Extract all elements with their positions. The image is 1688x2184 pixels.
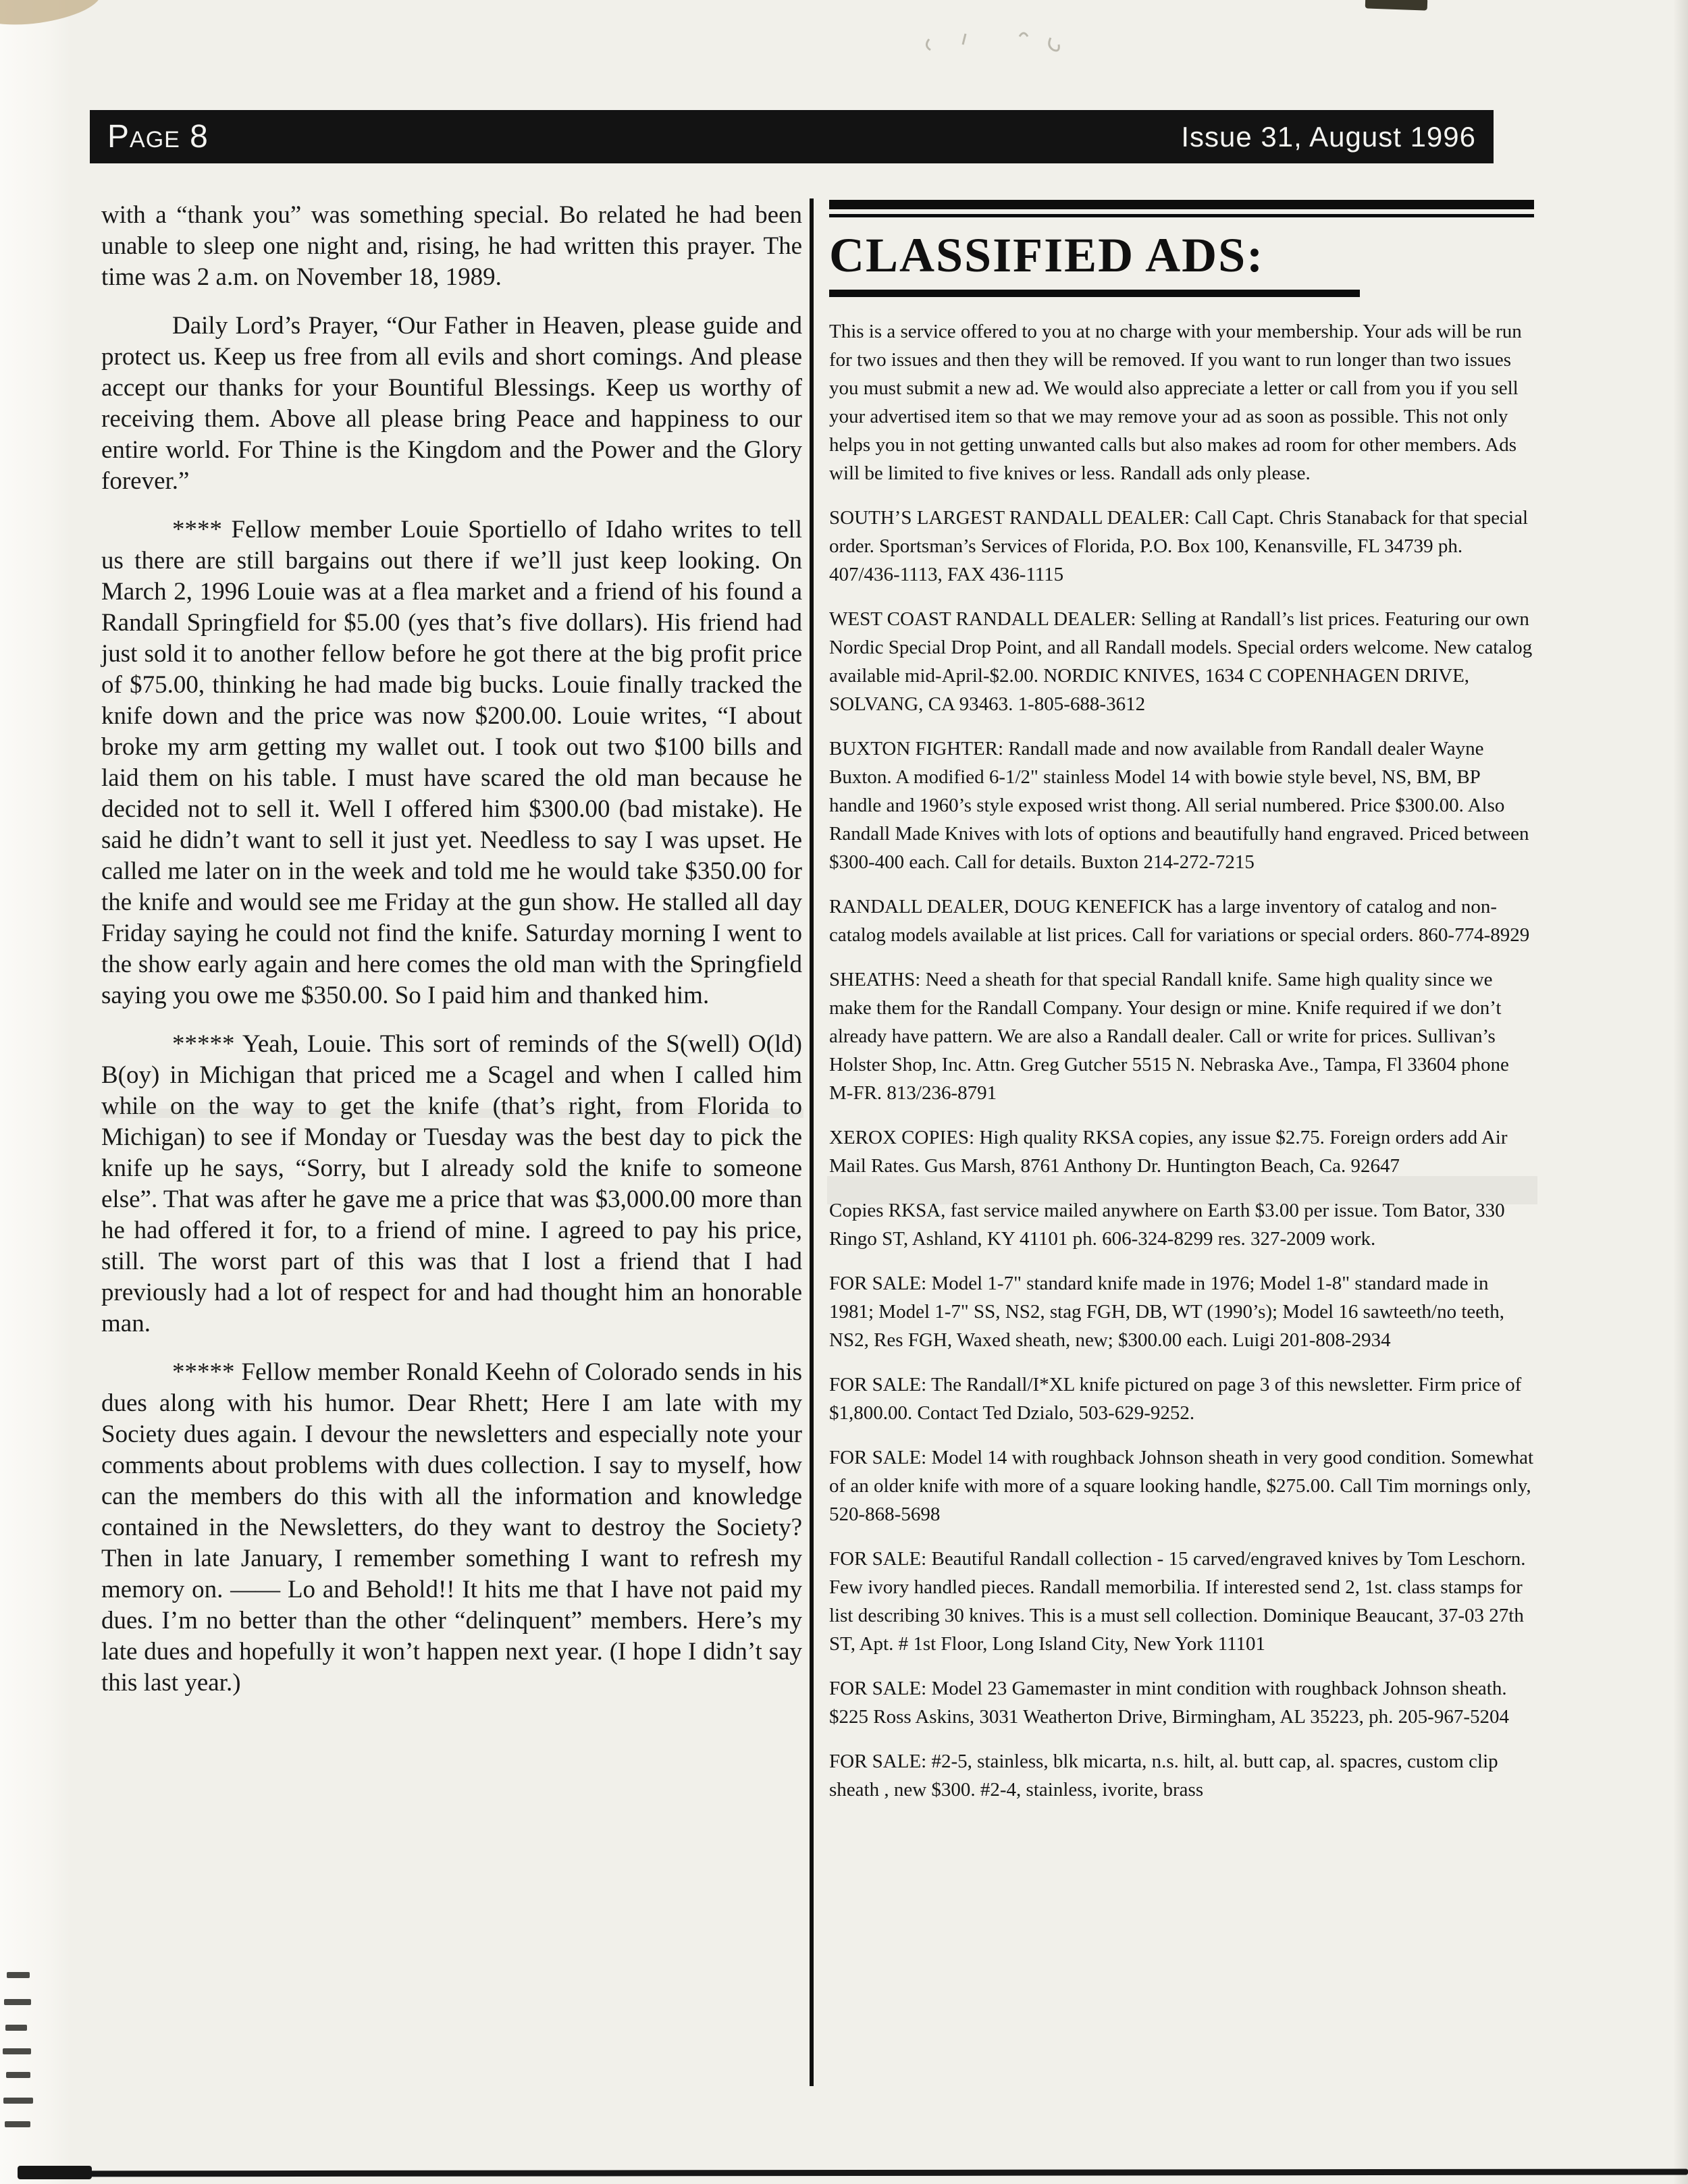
scanned-newsletter-page: { "colors": { "header_bar": "#131313", "… [0,0,1688,2184]
page-number-label: Page 8 [107,118,209,155]
bottom-page-rule [19,2168,1688,2177]
ads-intro-paragraph: This is a service offered to you at no c… [829,317,1534,487]
double-rule-thin [829,214,1534,217]
edge-mark [5,2121,30,2127]
scan-topright-artifact [1365,0,1428,11]
classified-ad: Copies RKSA, fast service mailed anywher… [829,1196,1534,1253]
edge-mark [3,2048,31,2054]
issue-date-label: Issue 31, August 1996 [1181,121,1476,153]
classified-ad: FOR SALE: Model 23 Gamemaster in mint co… [829,1674,1534,1731]
pencil-marks [918,27,1094,81]
classified-ad: SHEATHS: Need a sheath for that special … [829,965,1534,1107]
classified-ad: WEST COAST RANDALL DEALER: Selling at Ra… [829,605,1534,718]
left-column-letters: with a “thank you” was something special… [101,200,802,1716]
letter-paragraph: **** Fellow member Louie Sportiello of I… [101,514,802,1011]
edge-mark [6,2072,30,2078]
edge-mark [3,2098,33,2104]
edge-mark [4,1999,31,2005]
letter-paragraph: Daily Lord’s Prayer, “Our Father in Heav… [101,311,802,497]
classified-ads-title: CLASSIFIED ADS: [829,228,1534,283]
classified-ad: XEROX COPIES: High quality RKSA copies, … [829,1123,1534,1180]
scan-right-edge-shade [1673,0,1688,2184]
classified-ad: SOUTH’S LARGEST RANDALL DEALER: Call Cap… [829,504,1534,589]
scan-left-edge [0,0,71,2184]
scan-smudge [100,1109,803,1118]
title-underline-rule [829,290,1360,297]
classified-ad: FOR SALE: The Randall/I*XL knife picture… [829,1370,1534,1427]
scan-smudge [827,1176,1537,1204]
letter-paragraph: with a “thank you” was something special… [101,200,802,293]
letter-paragraph: ***** Fellow member Ronald Keehn of Colo… [101,1357,802,1699]
page-header-bar: Page 8 Issue 31, August 1996 [90,110,1494,163]
classified-ad: FOR SALE: Beautiful Randall collection -… [829,1545,1534,1658]
edge-mark [7,1972,30,1978]
classified-ads-section: CLASSIFIED ADS: This is a service offere… [829,200,1534,1820]
classified-ad: BUXTON FIGHTER: Randall made and now ava… [829,735,1534,876]
letter-paragraph: ***** Yeah, Louie. This sort of reminds … [101,1029,802,1339]
classified-ad: RANDALL DEALER, DOUG KENEFICK has a larg… [829,893,1534,949]
double-rule-thick [829,200,1534,209]
classified-ad: FOR SALE: Model 1-7" standard knife made… [829,1269,1534,1354]
classified-ad: FOR SALE: #2-5, stainless, blk micarta, … [829,1747,1534,1804]
edge-mark [5,2025,27,2031]
classified-ad: FOR SALE: Model 14 with roughback Johnso… [829,1443,1534,1528]
column-divider-rule [810,198,814,2086]
